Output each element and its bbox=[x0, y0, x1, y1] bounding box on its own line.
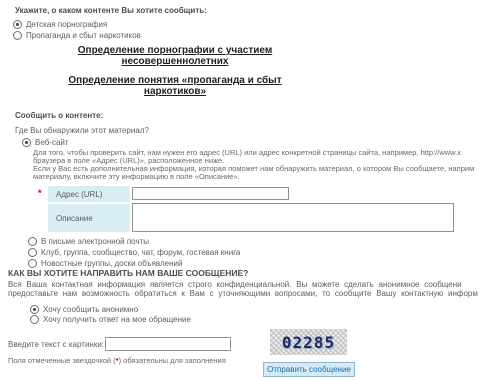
radio-website[interactable]: Веб-сайт bbox=[22, 138, 69, 147]
report-content-heading: Сообщить о контенте: bbox=[15, 111, 103, 120]
radio-club-forum-label[interactable]: Клуб, группа, сообщество, чат, форум, го… bbox=[41, 248, 240, 257]
link-definition-pornography-line1[interactable]: Определение порнографии с участием bbox=[50, 45, 300, 56]
url-input[interactable] bbox=[132, 187, 289, 200]
radio-child-pornography-circle[interactable] bbox=[13, 20, 22, 29]
radio-child-pornography[interactable]: Детская порнография bbox=[13, 20, 107, 29]
radio-drug-propaganda-label[interactable]: Пропаганда и сбыт наркотиков bbox=[26, 31, 141, 40]
confidentiality-line2: предоставьте нам возможность обратиться … bbox=[8, 289, 500, 298]
link-definition-drugs[interactable]: Определение понятия «пропаганда и сбыт н… bbox=[50, 75, 300, 97]
required-note-suffix: ) обязательны для заполнения bbox=[119, 356, 226, 365]
radio-newsgroups-label[interactable]: Новостные группы, доски объявлений bbox=[41, 259, 182, 268]
description-label-cell: Описание bbox=[48, 204, 130, 232]
radio-anonymous-label[interactable]: Хочу сообщить анонимно bbox=[43, 305, 138, 314]
delivery-heading: КАК ВЫ ХОТИТЕ НАПРАВИТЬ НАМ ВАШЕ СООБЩЕН… bbox=[8, 268, 248, 278]
radio-child-pornography-label[interactable]: Детская порнография bbox=[26, 20, 107, 29]
report-form-page: Укажите, о каком контенте Вы хотите сооб… bbox=[0, 0, 500, 380]
radio-website-circle[interactable] bbox=[22, 138, 31, 147]
confidentiality-text: Вся Ваша контактная информация является … bbox=[8, 280, 500, 299]
radio-club-forum[interactable]: Клуб, группа, сообщество, чат, форум, го… bbox=[28, 248, 240, 257]
link-definition-drugs-line1[interactable]: Определение понятия «пропаганда и сбыт bbox=[50, 75, 300, 86]
captcha-code: 02285 bbox=[282, 333, 335, 352]
description-label: Описание bbox=[56, 214, 93, 223]
url-label-cell: Адрес (URL) bbox=[48, 186, 130, 202]
radio-get-reply[interactable]: Хочу получить ответ на мое обращение bbox=[30, 315, 191, 324]
required-fields-note: Поля отмеченные звездочкой (*) обязатель… bbox=[8, 356, 226, 365]
radio-email-letter[interactable]: В письме электронной почты bbox=[28, 237, 149, 246]
radio-newsgroups[interactable]: Новостные группы, доски объявлений bbox=[28, 259, 182, 268]
submit-button[interactable]: Отправить сообщение bbox=[263, 362, 355, 377]
link-definition-pornography-line2[interactable]: несовершеннолетних bbox=[50, 56, 300, 67]
link-definition-pornography[interactable]: Определение порнографии с участием несов… bbox=[50, 45, 300, 67]
radio-anonymous-circle[interactable] bbox=[30, 305, 39, 314]
where-found-question: Где Вы обнаружили этот материал? bbox=[15, 126, 149, 135]
description-textarea[interactable] bbox=[132, 203, 454, 232]
radio-get-reply-circle[interactable] bbox=[30, 315, 39, 324]
radio-get-reply-label[interactable]: Хочу получить ответ на мое обращение bbox=[43, 315, 191, 324]
captcha-input[interactable] bbox=[105, 337, 231, 351]
radio-drug-propaganda[interactable]: Пропаганда и сбыт наркотиков bbox=[13, 31, 141, 40]
radio-email-letter-circle[interactable] bbox=[28, 237, 37, 246]
radio-anonymous[interactable]: Хочу сообщить анонимно bbox=[30, 305, 138, 314]
radio-drug-propaganda-circle[interactable] bbox=[13, 31, 22, 40]
confidentiality-line1: Вся Ваша контактная информация является … bbox=[8, 280, 500, 289]
url-help-text: Для того, чтобы проверить сайт, нам нуже… bbox=[33, 149, 500, 181]
required-asterisk-url: * bbox=[38, 188, 42, 198]
radio-club-forum-circle[interactable] bbox=[28, 248, 37, 257]
captcha-image: 02285 bbox=[270, 329, 347, 355]
radio-newsgroups-circle[interactable] bbox=[28, 259, 37, 268]
required-note-prefix: Поля отмеченные звездочкой ( bbox=[8, 356, 116, 365]
radio-website-label[interactable]: Веб-сайт bbox=[35, 138, 69, 147]
radio-email-letter-label[interactable]: В письме электронной почты bbox=[41, 237, 149, 246]
captcha-prompt: Введите текст с картинки: bbox=[8, 340, 104, 349]
url-label: Адрес (URL) bbox=[56, 190, 102, 199]
link-definition-drugs-line2[interactable]: наркотиков» bbox=[50, 86, 300, 97]
content-type-heading: Укажите, о каком контенте Вы хотите сооб… bbox=[15, 6, 207, 15]
url-help-line4: материалу, включите эту информацию в пол… bbox=[33, 173, 500, 181]
